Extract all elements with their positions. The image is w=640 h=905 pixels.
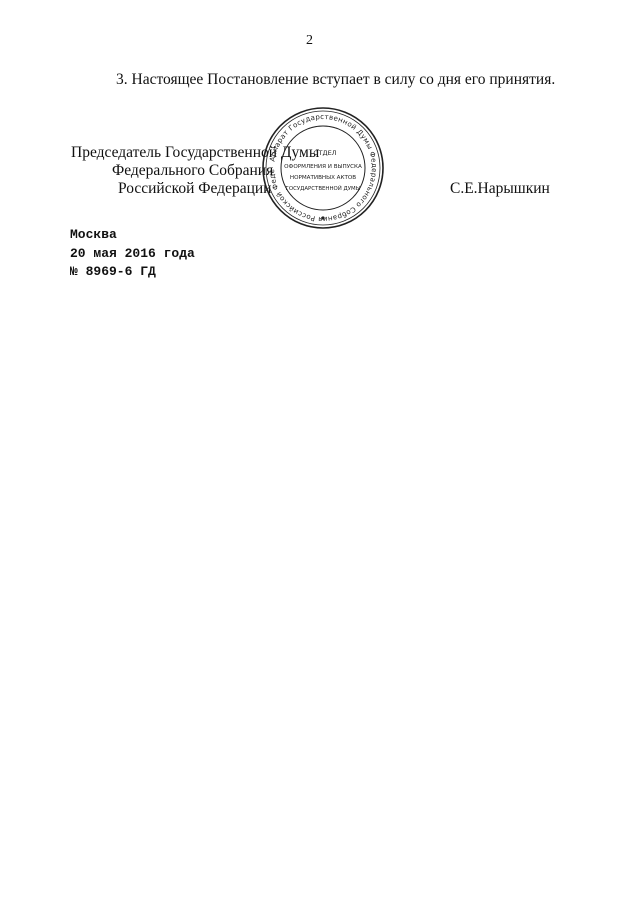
stamp-line-3: НОРМАТИВНЫХ АКТОВ — [290, 175, 356, 181]
signatory-name: С.Е.Нарышкин — [450, 180, 550, 198]
place-of-signing: Москва — [70, 227, 117, 242]
stamp-line-4: ГОСУДАРСТВЕННОЙ ДУМЫ — [286, 185, 361, 192]
document-number: № 8969-6 ГД — [70, 264, 156, 279]
paragraph-3: 3. Настоящее Постановление вступает в си… — [116, 71, 555, 89]
date-of-signing: 20 мая 2016 года — [70, 246, 195, 261]
page-number: 2 — [306, 33, 313, 49]
signatory-title-line-3: Российской Федерации — [118, 180, 271, 198]
stamp-line-1: ОТДЕЛ — [313, 149, 336, 157]
stamp-line-2: ОФОРМЛЕНИЯ И ВЫПУСКА — [284, 164, 362, 170]
official-stamp: Аппарат Государственной Думы Федеральног… — [261, 106, 385, 230]
stamp-seal-icon: Аппарат Государственной Думы Федеральног… — [261, 106, 385, 230]
signatory-title-line-2: Федерального Собрания — [112, 162, 273, 180]
